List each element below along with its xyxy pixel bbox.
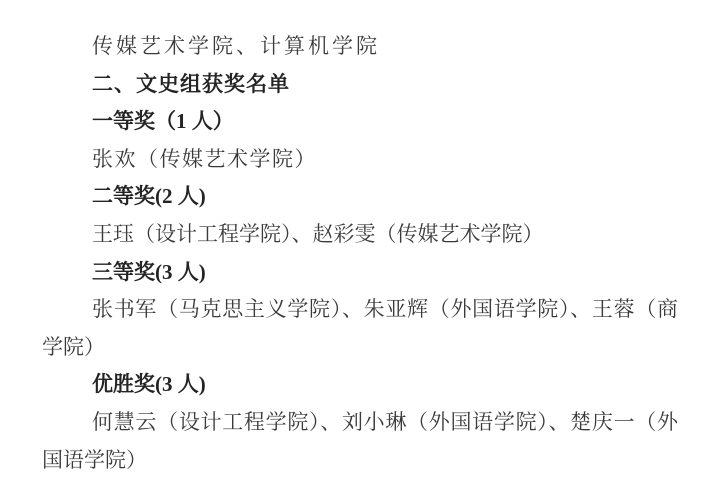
document-content: 传媒艺术学院、计算机学院二、文史组获奖名单一等奖（1 人）张欢（传媒艺术学院）二… (42, 28, 678, 479)
award-heading: 二等奖(2 人) (42, 178, 678, 216)
text-line: 传媒艺术学院、计算机学院 (42, 28, 678, 66)
text-line: 张书军（马克思主义学院）、朱亚辉（外国语学院）、王蓉（商 (42, 291, 678, 329)
award-heading: 一等奖（1 人） (42, 103, 678, 141)
text-line: 张欢（传媒艺术学院） (42, 141, 678, 179)
award-heading: 优胜奖(3 人) (42, 366, 678, 404)
text-line: 国语学院） (42, 442, 678, 480)
award-heading: 三等奖(3 人) (42, 254, 678, 292)
text-line: 王珏（设计工程学院）、赵彩雯（传媒艺术学院） (42, 216, 678, 254)
document-page: 传媒艺术学院、计算机学院二、文史组获奖名单一等奖（1 人）张欢（传媒艺术学院）二… (0, 0, 727, 487)
text-line: 何慧云（设计工程学院）、刘小琳（外国语学院）、楚庆一（外 (42, 404, 678, 442)
section-heading: 二、文史组获奖名单 (42, 66, 678, 104)
text-line: 学院） (42, 329, 678, 367)
